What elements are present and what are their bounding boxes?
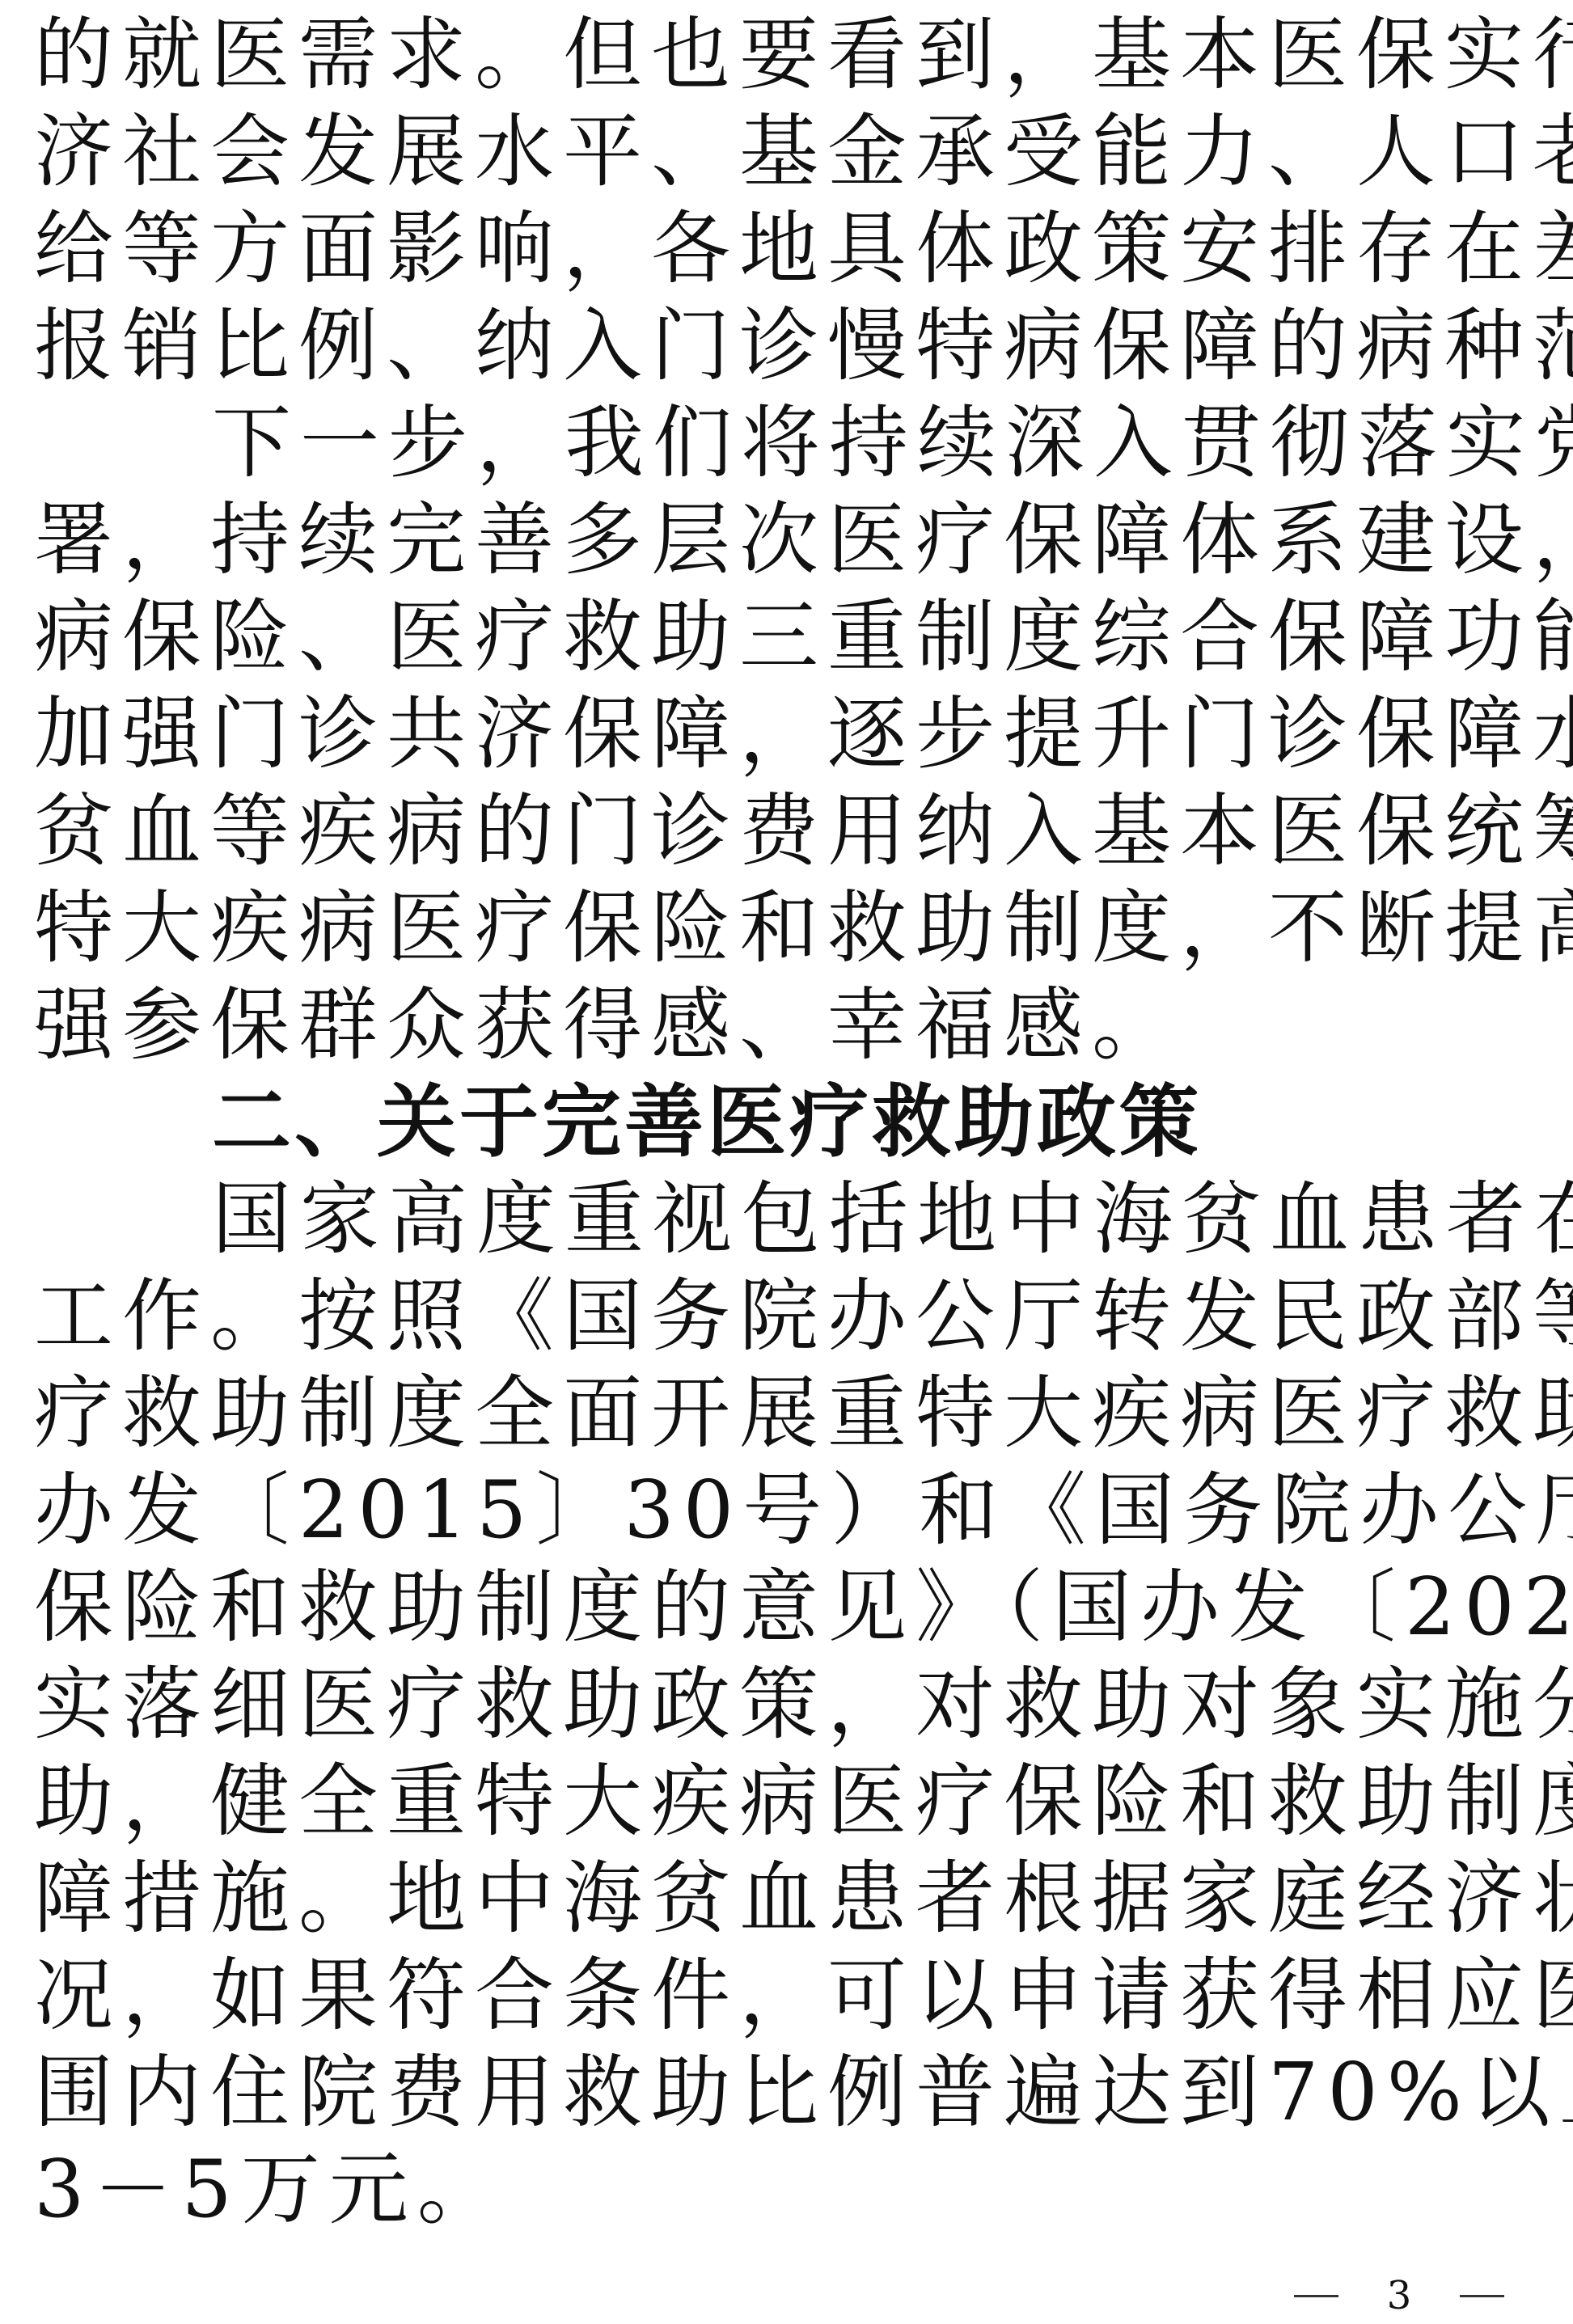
text-line: 实落细医疗救助政策，对救助对象实施分类资助参保和分档救 — [34, 1656, 1554, 1753]
paragraph-first-line: 下一步，我们将持续深入贯彻落实党中央、国务院决策部 — [212, 395, 1554, 492]
section-heading: 二、关于完善医疗救助政策 — [212, 1074, 1554, 1171]
text-line: 况，如果符合条件，可以申请获得相应医疗救助。目前，政策范 — [34, 1947, 1554, 2044]
text-line: 报销比例、纳入门诊慢特病保障的病种范围有所不同等。 — [34, 298, 1554, 395]
document-page: 的就医需求。但也要看到，基本医保实行属地管理，受地区间经 济社会发展水平、基金承… — [0, 0, 1573, 2324]
page-number: 3 — [1294, 2271, 1504, 2320]
text-line: 助，健全重特大疾病医疗保险和救助制度，统筹完善救助托底保 — [34, 1753, 1554, 1850]
text-line: 障措施。地中海贫血患者根据家庭经济状况、医疗费用负担情 — [34, 1850, 1554, 1947]
text-line: 的就医需求。但也要看到，基本医保实行属地管理，受地区间经 — [34, 6, 1554, 104]
text-line: 工作。按照《国务院办公厅转发民政部等部门关于进一步完善医 — [34, 1268, 1554, 1365]
text-line: 特大疾病医疗保险和救助制度，不断提高保障能力，持续有效增 — [34, 880, 1554, 977]
paragraph-first-line: 国家高度重视包括地中海贫血患者在内的参保群众医疗救助 — [212, 1171, 1554, 1268]
text-line: 疗救助制度全面开展重特大疾病医疗救助工作意见的通知》（国 — [34, 1365, 1554, 1462]
text-line: 贫血等疾病的门诊费用纳入基本医保统筹基金支付范围，健全重 — [34, 783, 1554, 880]
text-line: 署，持续完善多层次医疗保障体系建设，统筹发挥基本医保、大 — [34, 492, 1554, 589]
text-line: 加强门诊共济保障，逐步提升门诊保障水平，探索研究把地中海 — [34, 686, 1554, 783]
dash-left-icon — [1294, 2295, 1338, 2297]
text-line: 济社会发展水平、基金承受能力、人口老龄化程度和医疗资源供 — [34, 104, 1554, 201]
text-line: 围内住院费用救助比例普遍达到70%以上，年度救助限额达到 — [34, 2044, 1554, 2141]
text-line: 强参保群众获得感、幸福感。 — [34, 977, 1554, 1074]
text-line: 给等方面影响，各地具体政策安排存在差异，如普通门诊统筹的 — [34, 201, 1554, 298]
text-line: 保险和救助制度的意见》（国办发〔2021〕42号）要求，各地落 — [34, 1559, 1554, 1656]
text-line: 病保险、医疗救助三重制度综合保障功能，巩固住院待遇水平， — [34, 589, 1554, 686]
page-number-value: 3 — [1387, 2273, 1412, 2318]
text-line: 3－5万元。 — [34, 2141, 1554, 2238]
text-line: 办发〔2015〕30号）和《国务院办公厅关于健全重特大疾病医疗 — [34, 1462, 1554, 1559]
dash-right-icon — [1460, 2295, 1504, 2297]
